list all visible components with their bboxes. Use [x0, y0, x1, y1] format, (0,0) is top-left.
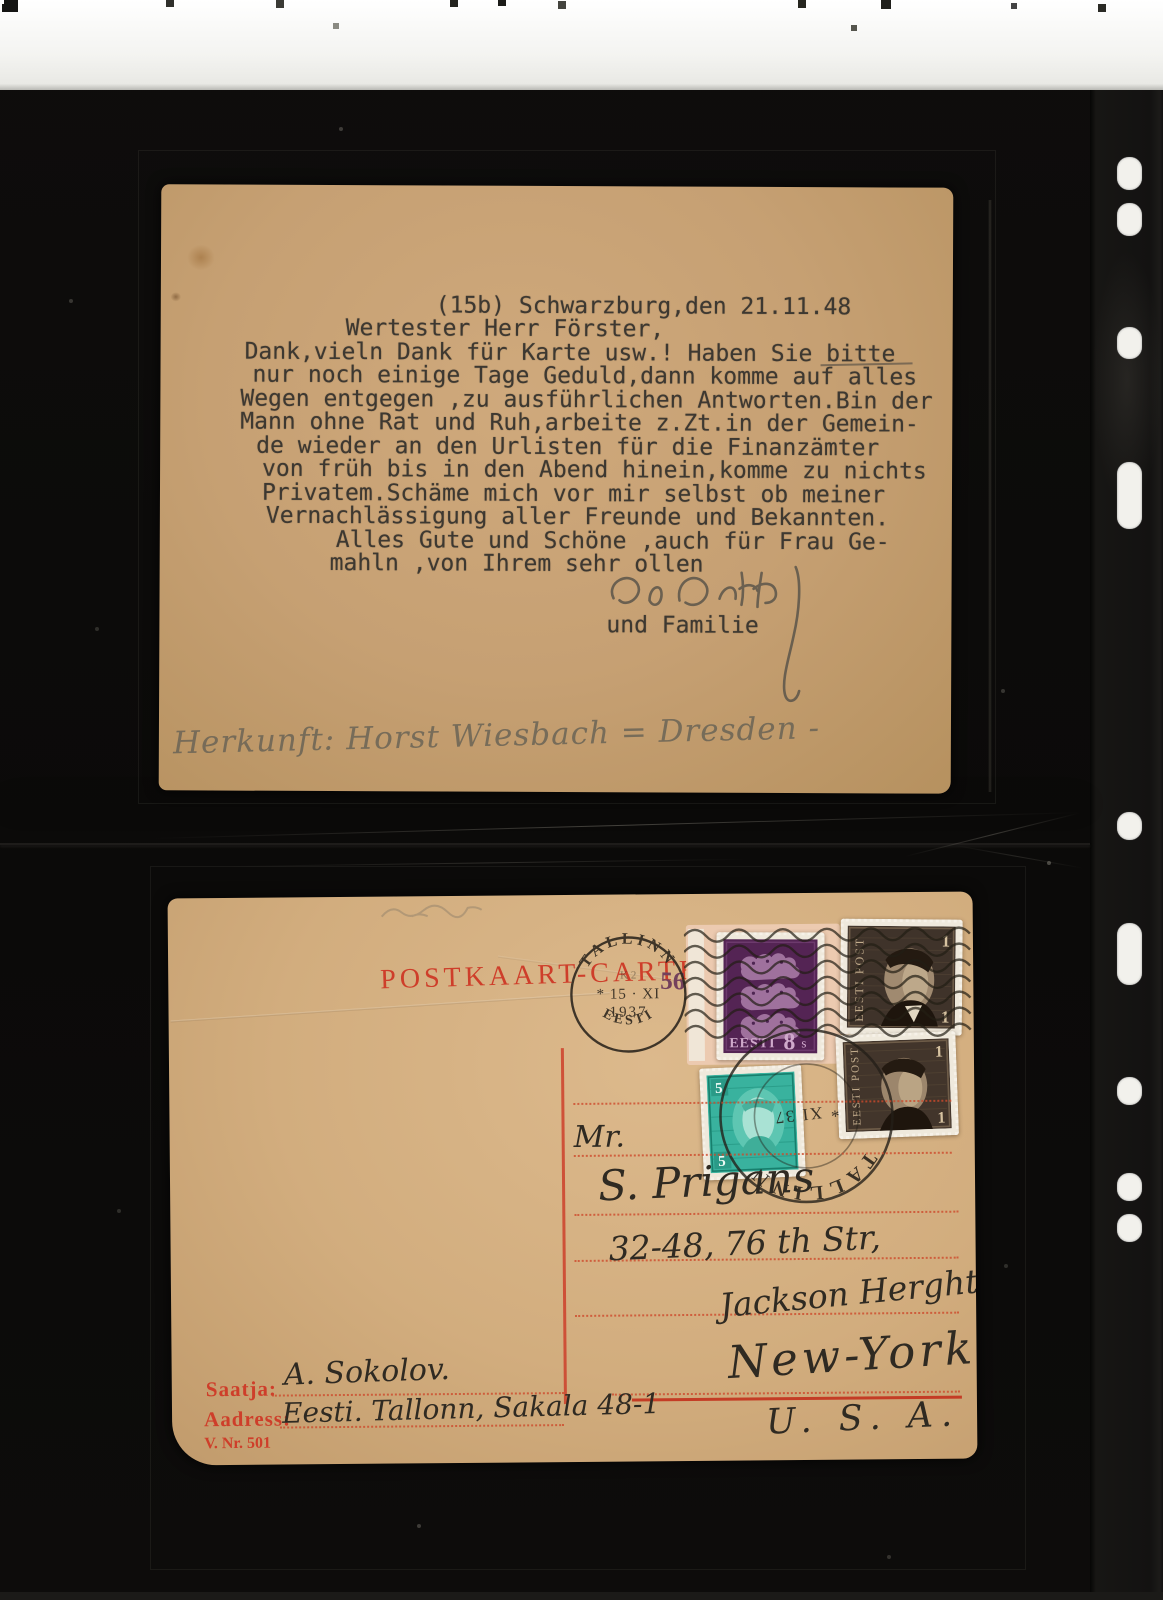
typewritten-postcard: (15b) Schwarzburg,den 21.11.48 Wertester…	[159, 184, 954, 793]
address-city: New-York	[726, 1321, 977, 1389]
binder-hole	[1117, 1214, 1142, 1242]
binder-hole	[1117, 203, 1142, 236]
saatja-label: Saatja:	[206, 1377, 277, 1403]
pocket-ridge	[988, 200, 992, 792]
binder-hole	[1117, 1173, 1142, 1201]
pocket-seam	[0, 843, 1090, 845]
address-street: 32-48, 76 th Str,	[608, 1218, 882, 1269]
saatja-value: A. Sokolov.	[283, 1352, 450, 1393]
binder-hole	[1117, 327, 1142, 359]
page-bottom-edge	[0, 1592, 1163, 1600]
aadress-label: Aadress:	[204, 1406, 291, 1432]
address-country: U. S. A.	[765, 1394, 960, 1442]
address-prefix: Mr.	[573, 1120, 625, 1155]
scratch-line	[905, 812, 1080, 857]
address-divider-line	[561, 1048, 567, 1404]
postmark-date: * 15 · XI	[597, 986, 661, 1003]
typed-line: Wertester Herr Förster,	[346, 317, 665, 341]
postmark-tallinn-1937: TALLINN K 2 * 15 · XI 1937 EESTI	[566, 932, 691, 1057]
form-number: V. Nr. 501	[204, 1435, 271, 1454]
album-top-strip	[0, 0, 1163, 90]
postmark-code: * XI 37	[772, 1101, 840, 1127]
pats-stamp-value: 1	[937, 1109, 946, 1126]
card-stain	[187, 244, 215, 270]
postmark-aux: K 2	[620, 969, 636, 981]
scratch-line	[152, 812, 1082, 839]
typed-closing: und Familie	[606, 614, 758, 638]
binder-hole	[1117, 1077, 1142, 1105]
binder-hole	[1117, 923, 1142, 985]
address-name: S. Prigans	[597, 1152, 815, 1210]
binder-hole	[1117, 812, 1142, 840]
dust-specks	[0, 0, 2, 2]
address-rule	[612, 1391, 960, 1396]
card-stain	[171, 292, 181, 301]
provenance-note: Herkunft: Horst Wiesbach = Dresden -	[173, 710, 821, 761]
binder-hole	[1117, 462, 1142, 529]
faint-pencil-scribble	[376, 898, 506, 927]
estonian-postal-card: POSTKAART-CARTE P 56	[168, 891, 978, 1465]
card-crease	[171, 992, 610, 1022]
album-page-photo: (15b) Schwarzburg,den 21.11.48 Wertester…	[0, 0, 1163, 1600]
binder-hole	[1117, 157, 1142, 190]
